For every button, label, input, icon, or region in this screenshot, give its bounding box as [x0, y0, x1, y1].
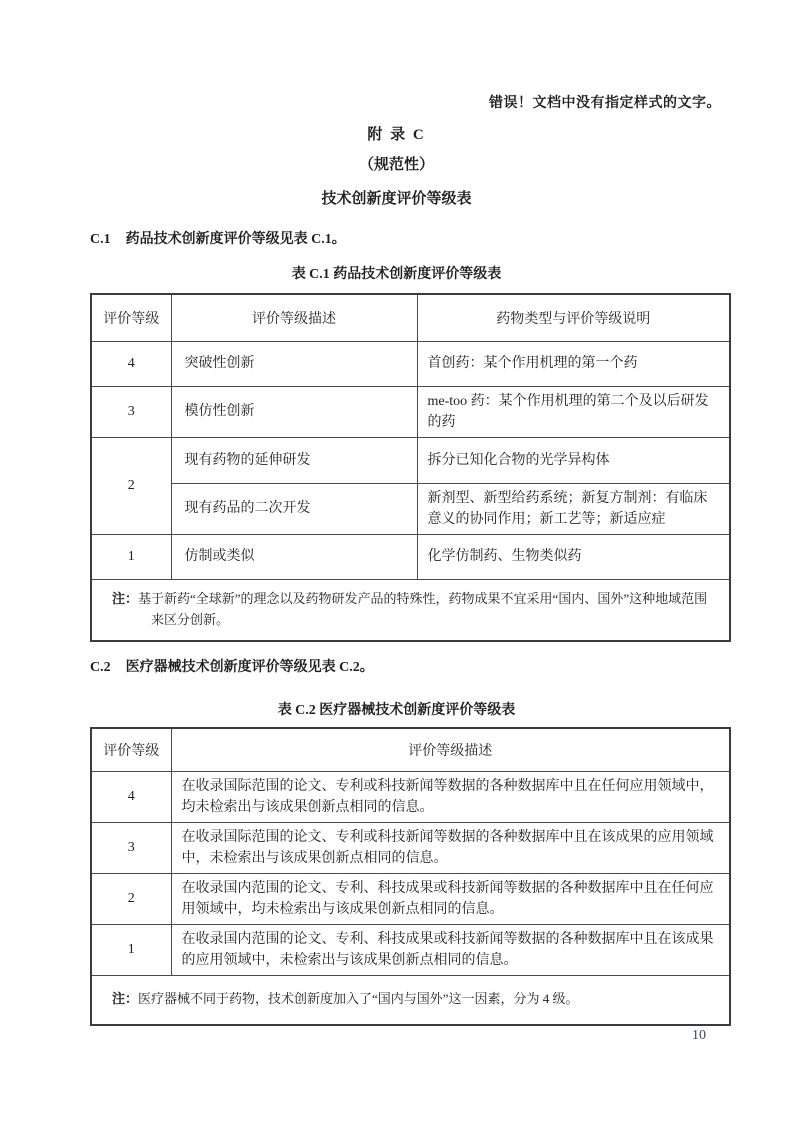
table-c2-caption: 表 C.2 医疗器械技术创新度评价等级表	[0, 699, 793, 719]
table-row: 3 在收录国际范围的论文、专利或科技新闻等数据的各种数据库中且在该成果的应用领域…	[91, 822, 730, 873]
type-cell: 首创药：某个作用机理的第一个药	[417, 341, 730, 386]
grade-cell: 2	[91, 437, 171, 534]
footnote-body: 注：医疗器械不同于药物，技术创新度加入了“国内与国外”这一因素，分为 4 级。	[112, 988, 715, 1009]
table-row: 4 在收录国际范围的论文、专利或科技新闻等数据的各种数据库中且在任何应用领域中，…	[91, 771, 730, 822]
table-c2-footnote: 注：医疗器械不同于药物，技术创新度加入了“国内与国外”这一因素，分为 4 级。	[91, 975, 730, 1025]
grade-cell: 1	[91, 534, 171, 579]
desc-cell: 在收录国内范围的论文、专利、科技成果或科技新闻等数据的各种数据库中且在任何应用领…	[171, 873, 730, 924]
table-row: 1 在收录国内范围的论文、专利、科技成果或科技新闻等数据的各种数据库中且在该成果…	[91, 924, 730, 975]
grade-cell: 2	[91, 873, 171, 924]
desc-cell: 在收录国际范围的论文、专利或科技新闻等数据的各种数据库中且在任何应用领域中，均未…	[171, 771, 730, 822]
table-row: 现有药品的二次开发 新剂型、新型给药系统；新复方制剂：有临床意义的协同作用；新工…	[91, 483, 730, 534]
clause-c1-text: 药品技术创新度评价等级见表 C.1。	[126, 232, 346, 247]
type-cell: me-too 药：某个作用机理的第二个及以后研发的药	[417, 386, 730, 437]
table-c1-header-desc: 评价等级描述	[171, 294, 417, 341]
document-page: 错误！文档中没有指定样式的文字。 附 录 C （规范性） 技术创新度评价等级表 …	[0, 0, 793, 1122]
table-row: 2 在收录国内范围的论文、专利、科技成果或科技新闻等数据的各种数据库中且在任何应…	[91, 873, 730, 924]
table-row: 2 现有药物的延伸研发 拆分已知化合物的光学异构体	[91, 437, 730, 483]
desc-cell: 在收录国内范围的论文、专利、科技成果或科技新闻等数据的各种数据库中且在该成果的应…	[171, 924, 730, 975]
table-c2-header-grade: 评价等级	[91, 728, 171, 771]
clause-c2: C.2医疗器械技术创新度评价等级见表 C.2。	[90, 656, 374, 676]
type-cell: 化学仿制药、生物类似药	[417, 534, 730, 579]
clause-c1-number: C.1	[90, 232, 111, 248]
table-c2: 评价等级 评价等级描述 4 在收录国际范围的论文、专利或科技新闻等数据的各种数据…	[90, 727, 731, 1026]
type-cell: 拆分已知化合物的光学异构体	[417, 437, 730, 483]
grade-cell: 1	[91, 924, 171, 975]
grade-cell: 3	[91, 386, 171, 437]
footnote-body: 注：基于新药“全球新”的理念以及药物研发产品的特殊性，药物成果不宜采用“国内、国…	[112, 588, 715, 630]
desc-cell: 在收录国际范围的论文、专利或科技新闻等数据的各种数据库中且在该成果的应用领域中，…	[171, 822, 730, 873]
clause-c2-number: C.2	[90, 660, 111, 676]
table-footnote-row: 注：医疗器械不同于药物，技术创新度加入了“国内与国外”这一因素，分为 4 级。	[91, 975, 730, 1025]
table-row: 3 模仿性创新 me-too 药：某个作用机理的第二个及以后研发的药	[91, 386, 730, 437]
appendix-subtitle: 技术创新度评价等级表	[0, 187, 793, 208]
desc-cell: 仿制或类似	[171, 534, 417, 579]
table-row: 4 突破性创新 首创药：某个作用机理的第一个药	[91, 341, 730, 386]
footnote-label: 注：	[112, 991, 138, 1006]
appendix-normative-label: （规范性）	[0, 153, 793, 174]
appendix-title: 附 录 C	[0, 123, 793, 144]
desc-cell: 突破性创新	[171, 341, 417, 386]
footnote-text: 基于新药“全球新”的理念以及药物研发产品的特殊性，药物成果不宜采用“国内、国外”…	[138, 591, 707, 627]
table-c1-header-type: 药物类型与评价等级说明	[417, 294, 730, 341]
footnote-label: 注：	[112, 591, 138, 606]
table-c1: 评价等级 评价等级描述 药物类型与评价等级说明 4 突破性创新 首创药：某个作用…	[90, 293, 731, 642]
grade-cell: 4	[91, 341, 171, 386]
desc-cell: 现有药品的二次开发	[171, 483, 417, 534]
type-cell: 新剂型、新型给药系统；新复方制剂：有临床意义的协同作用；新工艺等；新适应症	[417, 483, 730, 534]
table-footnote-row: 注：基于新药“全球新”的理念以及药物研发产品的特殊性，药物成果不宜采用“国内、国…	[91, 579, 730, 641]
header-error-note: 错误！文档中没有指定样式的文字。	[489, 92, 721, 112]
table-c1-footnote: 注：基于新药“全球新”的理念以及药物研发产品的特殊性，药物成果不宜采用“国内、国…	[91, 579, 730, 641]
clause-c2-text: 医疗器械技术创新度评价等级见表 C.2。	[126, 660, 374, 675]
desc-cell: 模仿性创新	[171, 386, 417, 437]
desc-cell: 现有药物的延伸研发	[171, 437, 417, 483]
page-number: 10	[692, 1028, 706, 1044]
grade-cell: 3	[91, 822, 171, 873]
table-c1-header-row: 评价等级 评价等级描述 药物类型与评价等级说明	[91, 294, 730, 341]
grade-cell: 4	[91, 771, 171, 822]
table-row: 1 仿制或类似 化学仿制药、生物类似药	[91, 534, 730, 579]
clause-c1: C.1药品技术创新度评价等级见表 C.1。	[90, 228, 346, 248]
table-c1-caption: 表 C.1 药品技术创新度评价等级表	[0, 263, 793, 283]
footnote-text: 医疗器械不同于药物，技术创新度加入了“国内与国外”这一因素，分为 4 级。	[138, 991, 579, 1006]
table-c2-header-desc: 评价等级描述	[171, 728, 730, 771]
table-c1-header-grade: 评价等级	[91, 294, 171, 341]
table-c2-header-row: 评价等级 评价等级描述	[91, 728, 730, 771]
